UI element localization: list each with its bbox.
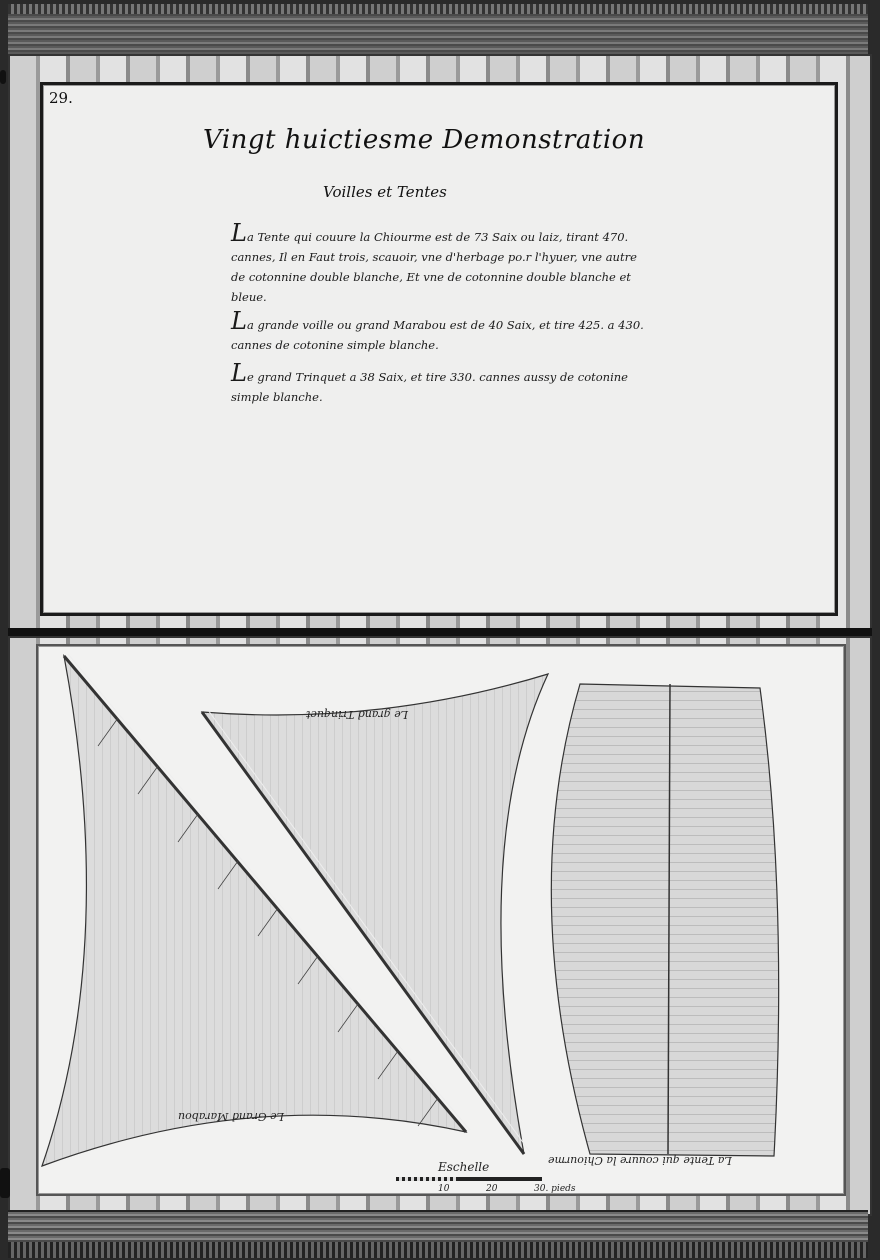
scale-tick-20: 20 (486, 1184, 497, 1194)
sail-drawings (38, 646, 844, 1194)
book-bottom-edge (8, 1210, 868, 1258)
scale-tick-10: 10 (438, 1184, 449, 1194)
label-tente: La Tente qui couure la Chiourme (548, 1154, 732, 1167)
label-grand-marabou: Le Grand Marabou (178, 1110, 284, 1123)
paragraph-tente: La Tente qui couure la Chiourme est de 7… (231, 223, 651, 307)
book-spread: 29. Vingt huictiesme Demonstration Voill… (0, 0, 880, 1260)
clasp-icon (0, 1168, 10, 1198)
clasp-icon (0, 70, 6, 84)
page-subtitle: Voilles et Tentes (323, 183, 447, 201)
tente-drawing (551, 684, 778, 1156)
scale-bar (396, 1177, 542, 1181)
paragraph-grand-trinquet: Le grand Trinquet a 38 Saix, et tire 330… (231, 363, 651, 407)
page-number: 29. (49, 89, 73, 107)
scale-tick-30: 30. pieds (534, 1184, 576, 1194)
book-top-edge (8, 4, 868, 58)
paragraph-grande-voille: La grande voille ou grand Marabou est de… (231, 311, 651, 355)
page-title: Vingt huictiesme Demonstration (203, 125, 645, 155)
label-grand-trinquet: Le grand Trinquet (306, 708, 408, 721)
text-page: 29. Vingt huictiesme Demonstration Voill… (40, 82, 838, 616)
drawing-page: Le grand Trinquet Le Grand Marabou La Te… (36, 644, 846, 1196)
scale-label: Eschelle (438, 1160, 489, 1174)
